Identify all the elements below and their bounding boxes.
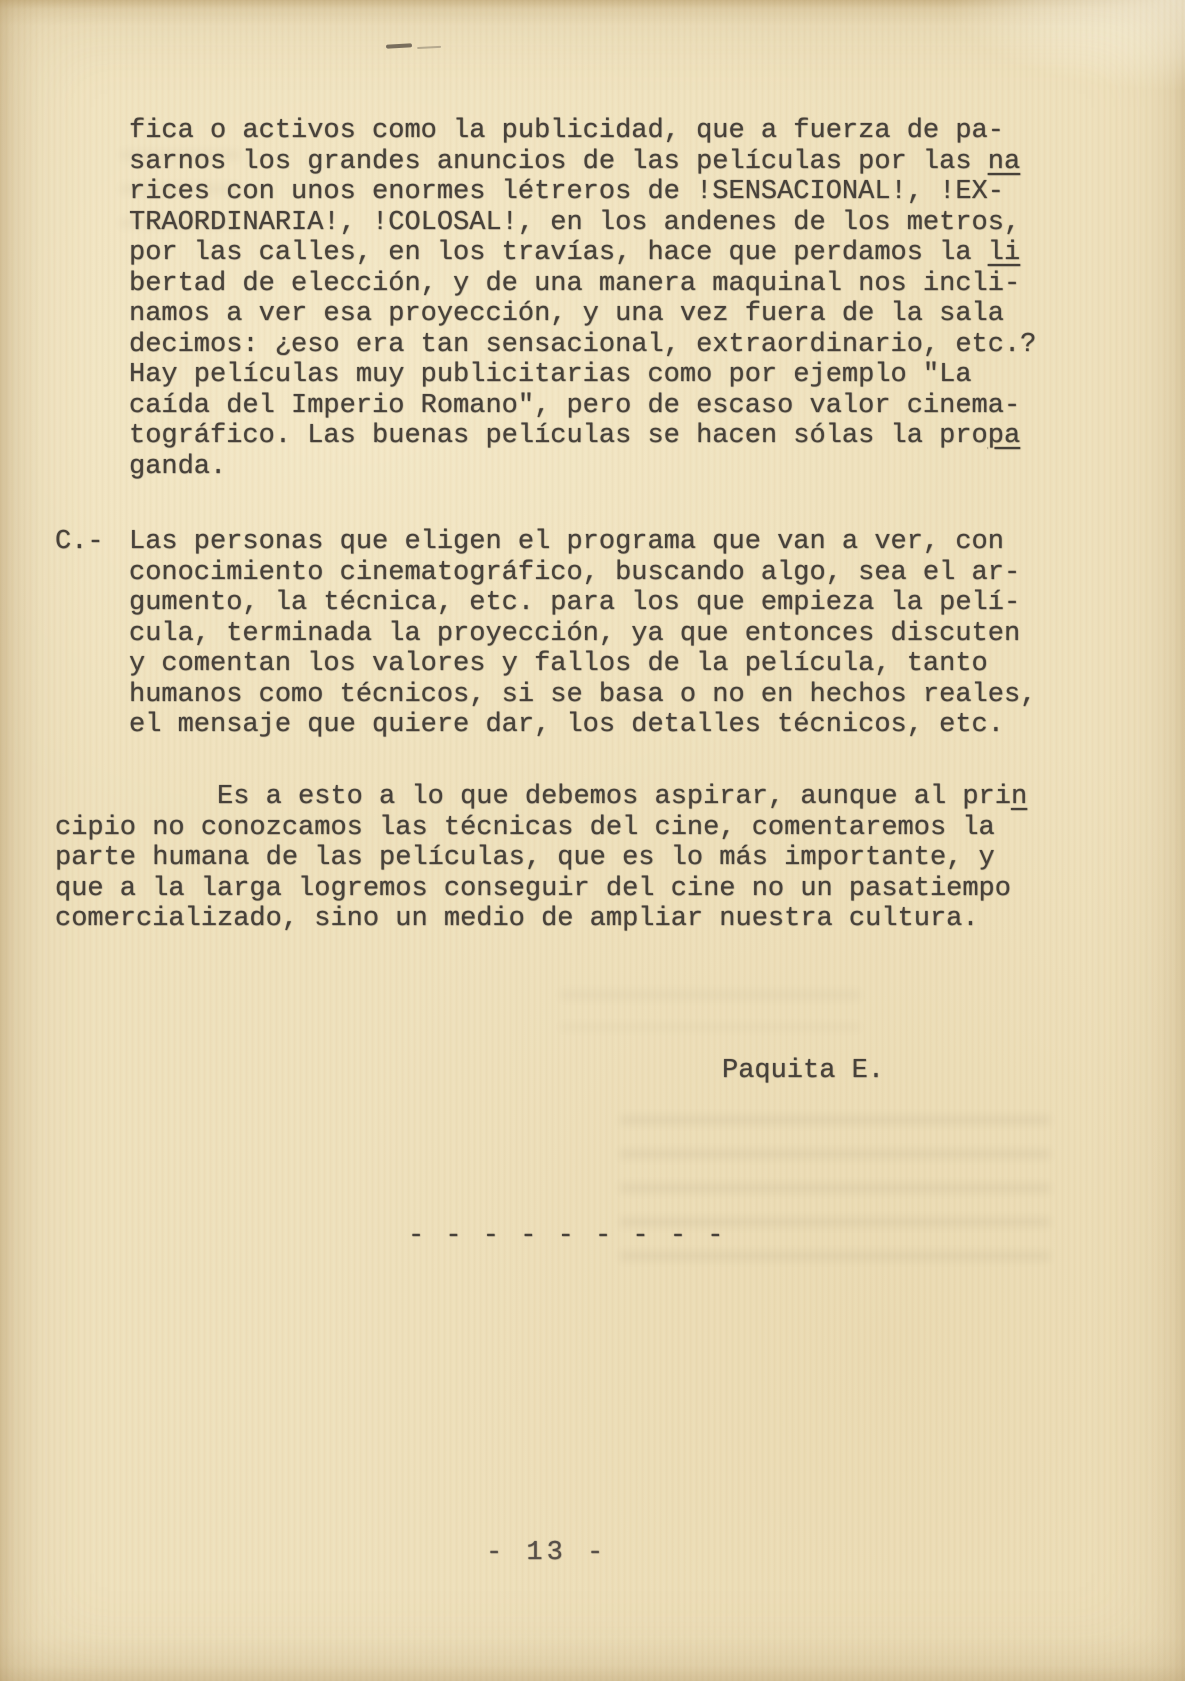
ink-bleed-through	[560, 990, 860, 1030]
author-signature: Paquita E.	[722, 1056, 884, 1087]
list-marker-c: C.-	[55, 527, 104, 558]
body-paragraph-item-c: Las personas que eligen el programa que …	[129, 527, 1036, 741]
body-paragraph-publicity: fica o activos como la publicidad, que a…	[129, 116, 1036, 482]
dashed-divider: - - - - - - - - -	[408, 1221, 726, 1252]
page-number: - 13 -	[486, 1538, 607, 1569]
body-paragraph-conclusion: Es a esto a lo que debemos aspirar, aunq…	[55, 782, 1027, 935]
